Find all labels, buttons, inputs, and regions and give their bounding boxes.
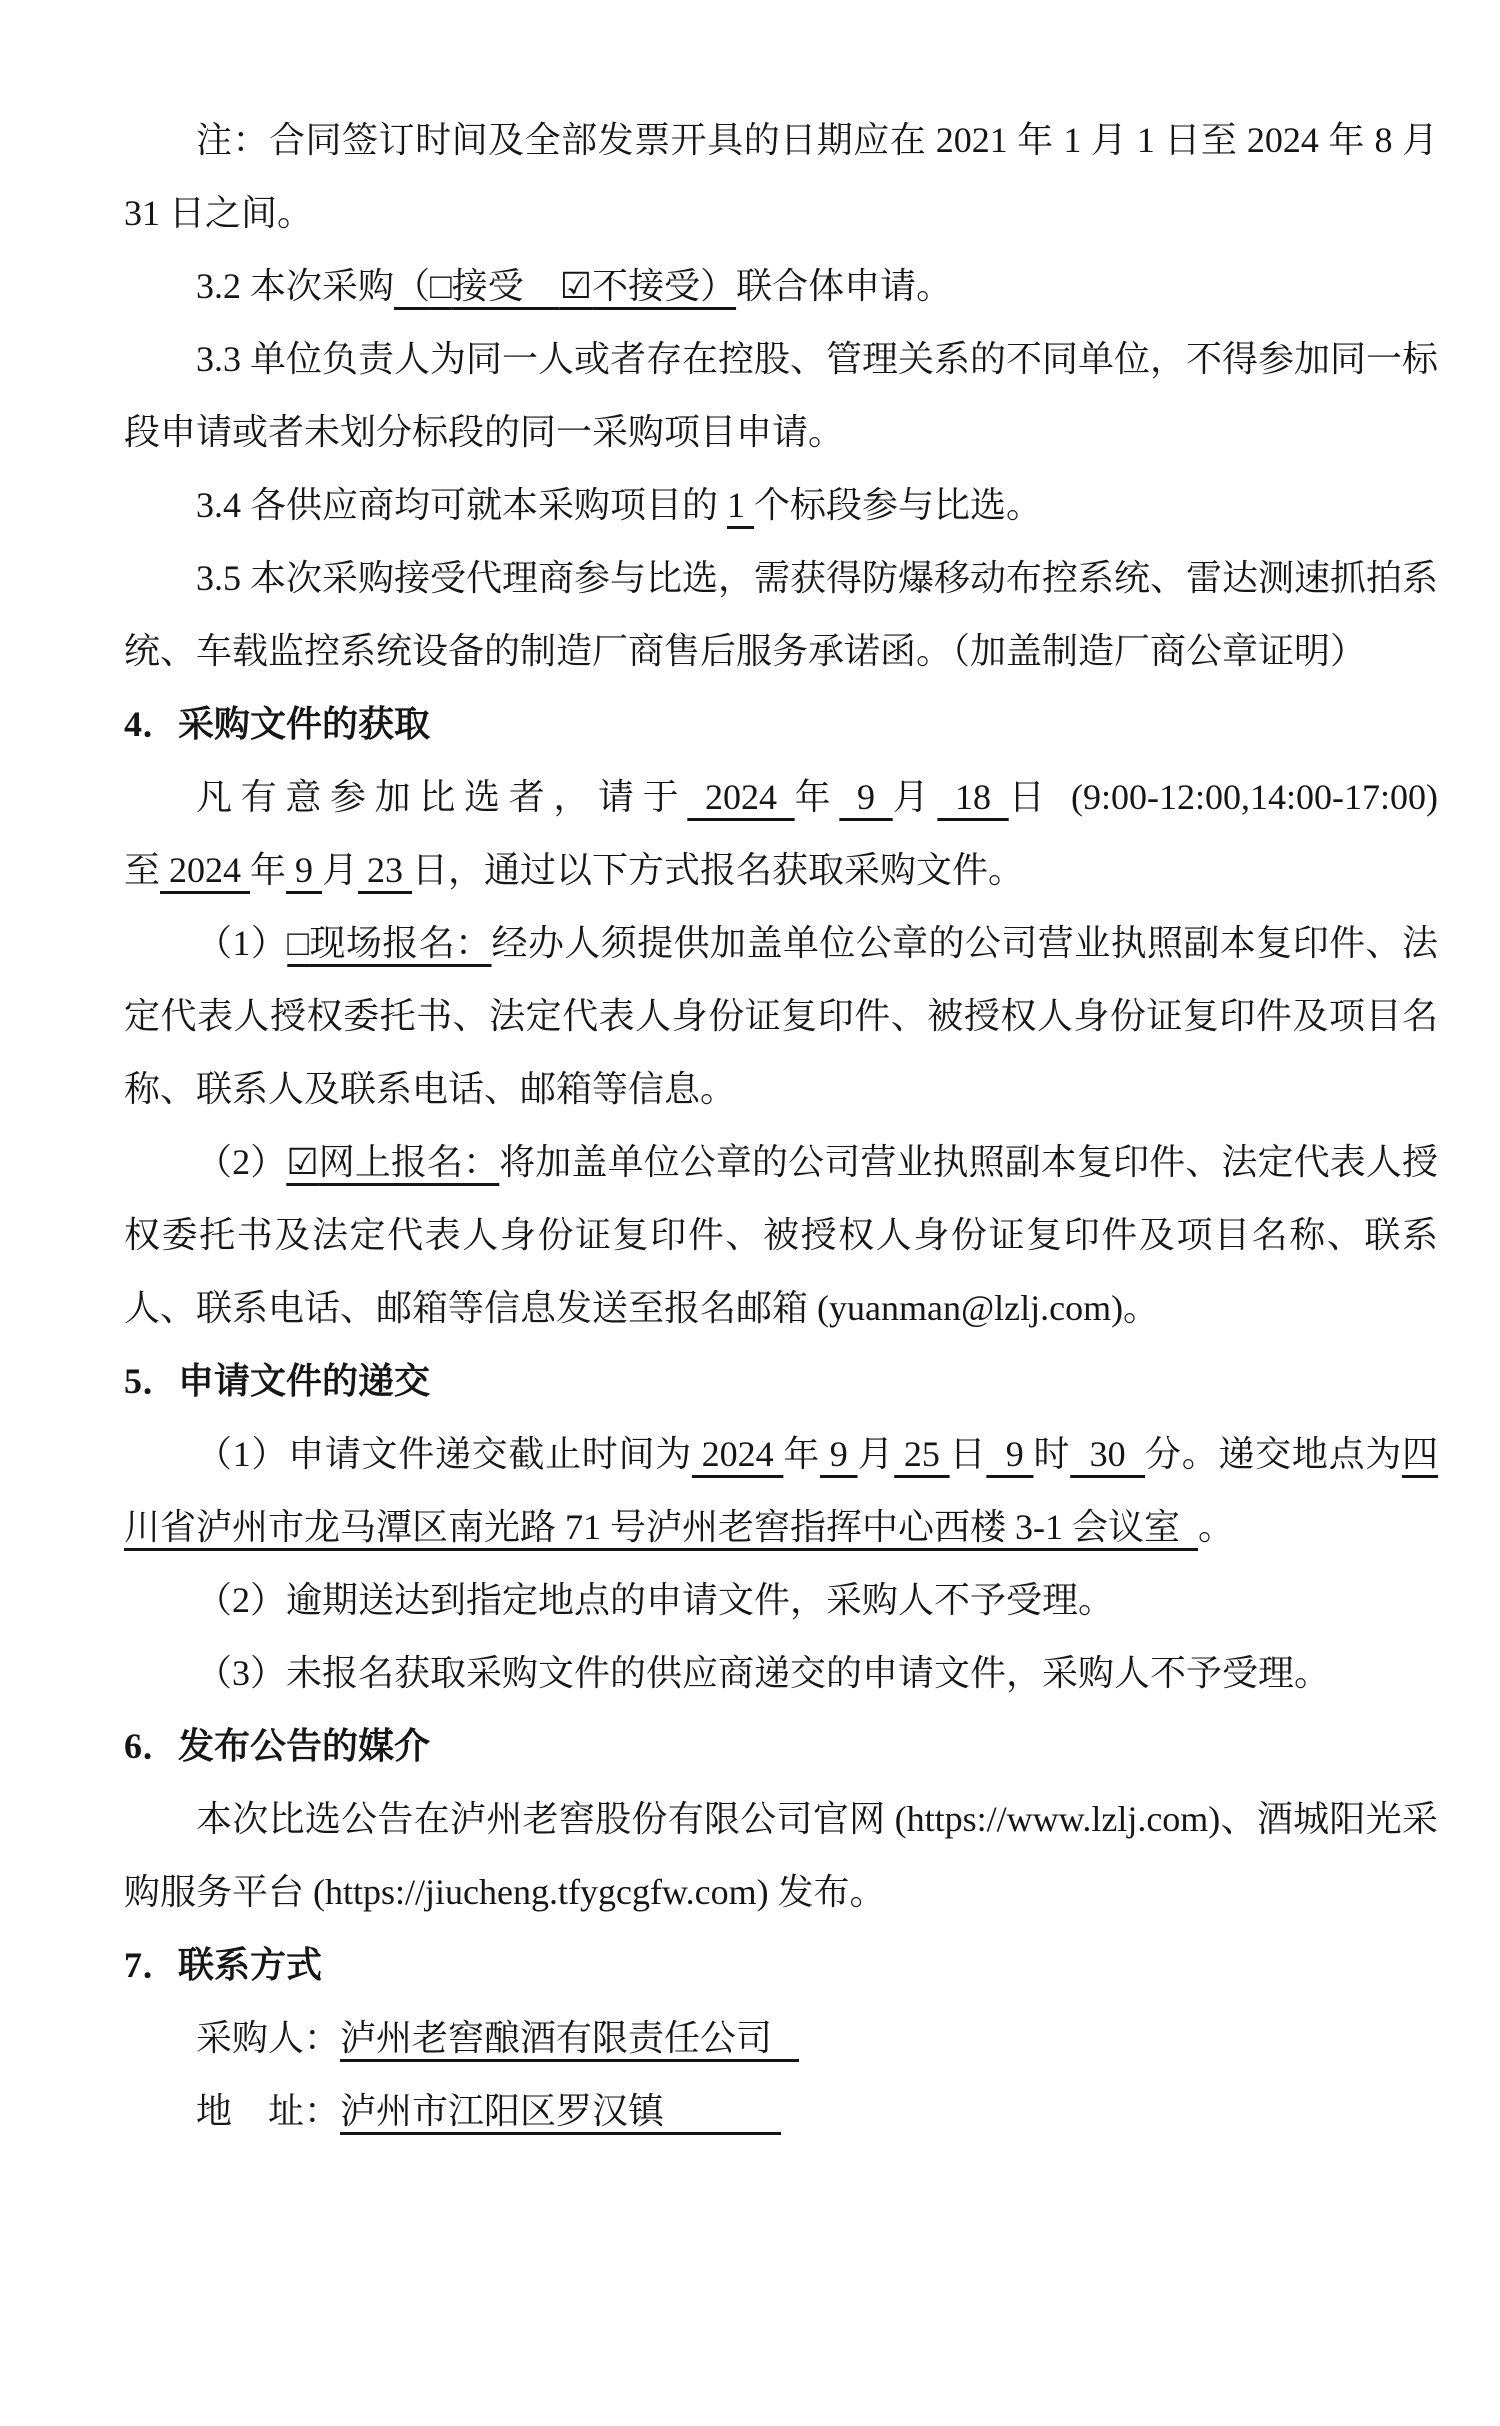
paragraph: （1）申请文件递交截止时间为 2024 年 9 月 25 日 9 时 30 分。… xyxy=(124,1418,1438,1564)
text-run: 现场报名： xyxy=(309,923,491,963)
text-run: （1）申请文件递交截止时间为 xyxy=(196,1434,692,1474)
checkbox-checked-icon: ☑ xyxy=(560,266,592,306)
paragraph: （2）逾期送达到指定地点的申请文件，采购人不予受理。 xyxy=(124,1564,1438,1637)
text-run: 接受 xyxy=(452,266,560,306)
text-run: 年 xyxy=(250,850,286,890)
text-run: 联合体申请。 xyxy=(736,266,952,306)
text-run: 注：合同签订时间及全部发票开具的日期应在 2021 年 1 月 1 日至 202… xyxy=(124,120,1438,233)
document-body: 注：合同签订时间及全部发票开具的日期应在 2021 年 1 月 1 日至 202… xyxy=(124,104,1438,2148)
text-run: （2） xyxy=(196,1142,286,1182)
text-run: 月 xyxy=(322,850,358,890)
text-run: （2）逾期送达到指定地点的申请文件，采购人不予受理。 xyxy=(196,1580,1114,1620)
text-run: 9 xyxy=(820,1434,857,1474)
paragraph: 凡有意参加比选者，请于 2024 年 9 月 18 日 (9:00-12:00,… xyxy=(124,761,1438,907)
section-heading: 4．采购文件的获取 xyxy=(124,688,1438,761)
text-run: 9 xyxy=(286,850,322,890)
text-run: 3.3 单位负责人为同一人或者存在控股、管理关系的不同单位，不得参加同一标段申请… xyxy=(124,339,1438,452)
paragraph: 3.5 本次采购接受代理商参与比选，需获得防爆移动布控系统、雷达测速抓拍系统、车… xyxy=(124,542,1438,688)
checkbox-unchecked-icon: □ xyxy=(430,266,452,306)
text-run: 凡有意参加比选者，请于 xyxy=(196,777,687,817)
text-run: 月 xyxy=(893,777,938,817)
text-run: 3.2 本次采购 xyxy=(196,266,394,306)
text-run: 7．联系方式 xyxy=(124,1945,322,1985)
text-run: 5．申请文件的递交 xyxy=(124,1361,430,1401)
text-run: 1 xyxy=(727,485,754,525)
paragraph: （2）☑网上报名：将加盖单位公章的公司营业执照副本复印件、法定代表人授权委托书及… xyxy=(124,1126,1438,1345)
text-run: 月 xyxy=(857,1434,894,1474)
text-run: 本次比选公告在泸州老窖股份有限公司官网 (https://www.lzlj.co… xyxy=(124,1799,1438,1912)
text-run: 30 xyxy=(1070,1434,1145,1474)
text-run: 2024 xyxy=(160,850,250,890)
text-run: 地 址： xyxy=(196,2091,340,2131)
paragraph: 采购人：泸州老窖酿酒有限责任公司 xyxy=(124,2002,1438,2075)
text-run: 时 xyxy=(1033,1434,1070,1474)
document-page: 注：合同签订时间及全部发票开具的日期应在 2021 年 1 月 1 日至 202… xyxy=(0,0,1500,2426)
text-run: 分。递交地点为 xyxy=(1145,1434,1402,1474)
paragraph: （1）□现场报名：经办人须提供加盖单位公章的公司营业执照副本复印件、法定代表人授… xyxy=(124,907,1438,1126)
paragraph: （3）未报名获取采购文件的供应商递交的申请文件，采购人不予受理。 xyxy=(124,1637,1438,1710)
text-run: （3）未报名获取采购文件的供应商递交的申请文件，采购人不予受理。 xyxy=(196,1653,1330,1693)
paragraph: 地 址：泸州市江阳区罗汉镇 xyxy=(124,2075,1438,2148)
text-run: 泸州市江阳区罗汉镇 xyxy=(340,2091,781,2131)
text-run: 3.4 各供应商均可就本采购项目的 xyxy=(196,485,727,525)
checkbox-unchecked-icon: □ xyxy=(287,923,309,963)
text-run: 4．采购文件的获取 xyxy=(124,704,430,744)
checkbox-checked-icon: ☑ xyxy=(286,1142,318,1182)
text-run: 18 xyxy=(937,777,1008,817)
text-run: 个标段参与比选。 xyxy=(754,485,1042,525)
text-run: 网上报名： xyxy=(319,1142,500,1182)
text-run: 年 xyxy=(783,1434,820,1474)
text-run: 泸州老窖酿酒有限责任公司 xyxy=(340,2018,799,2058)
text-run: 日，通过以下方式报名获取采购文件。 xyxy=(412,850,1024,890)
section-heading: 7．联系方式 xyxy=(124,1929,1438,2002)
text-run: 不接受） xyxy=(592,266,736,306)
text-run: （ xyxy=(394,266,430,306)
text-run: 2024 xyxy=(692,1434,783,1474)
text-run: 3.5 本次采购接受代理商参与比选，需获得防爆移动布控系统、雷达测速抓拍系统、车… xyxy=(124,558,1438,671)
text-run: 9 xyxy=(839,777,892,817)
section-heading: 6．发布公告的媒介 xyxy=(124,1710,1438,1783)
paragraph: 3.2 本次采购（□接受 ☑不接受）联合体申请。 xyxy=(124,250,1438,323)
paragraph: 3.4 各供应商均可就本采购项目的 1 个标段参与比选。 xyxy=(124,469,1438,542)
text-run: 。 xyxy=(1198,1507,1234,1547)
paragraph: 注：合同签订时间及全部发票开具的日期应在 2021 年 1 月 1 日至 202… xyxy=(124,104,1438,250)
text-run: 9 xyxy=(986,1434,1033,1474)
text-run: 年 xyxy=(795,777,840,817)
text-run: 23 xyxy=(358,850,412,890)
text-run: 25 xyxy=(894,1434,949,1474)
paragraph: 本次比选公告在泸州老窖股份有限公司官网 (https://www.lzlj.co… xyxy=(124,1783,1438,1929)
paragraph: 3.3 单位负责人为同一人或者存在控股、管理关系的不同单位，不得参加同一标段申请… xyxy=(124,323,1438,469)
text-run: 采购人： xyxy=(196,2018,340,2058)
section-heading: 5．申请文件的递交 xyxy=(124,1345,1438,1418)
text-run: 2024 xyxy=(687,777,794,817)
text-run: （1） xyxy=(196,923,287,963)
text-run: 日 xyxy=(950,1434,987,1474)
text-run: 6．发布公告的媒介 xyxy=(124,1726,430,1766)
